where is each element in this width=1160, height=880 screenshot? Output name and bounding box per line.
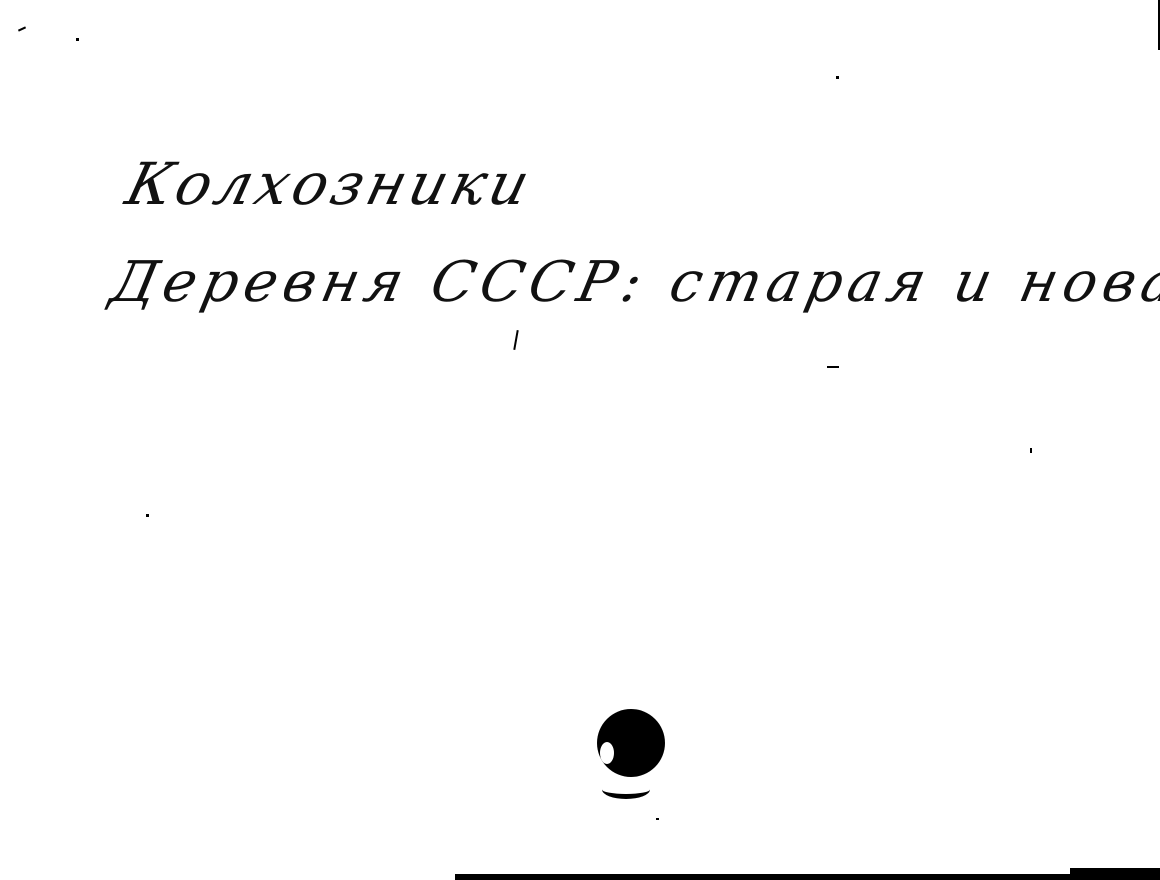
punch-hole-shadow bbox=[602, 780, 650, 799]
scan-speck bbox=[18, 26, 26, 31]
scan-speck bbox=[656, 818, 659, 820]
scan-speck bbox=[827, 366, 839, 368]
scan-speck bbox=[836, 76, 839, 79]
scan-edge-bottom bbox=[455, 874, 1160, 880]
scan-edge-corner bbox=[1070, 868, 1160, 880]
handwritten-heading: Колхозники bbox=[120, 150, 541, 218]
scan-speck bbox=[513, 330, 518, 350]
punch-hole-highlight bbox=[600, 742, 614, 764]
handwritten-title: Деревня СССР: старая и новая bbox=[105, 250, 1160, 315]
scan-speck bbox=[1030, 448, 1032, 453]
catalog-card: Колхозники Деревня СССР: старая и новая bbox=[0, 0, 1160, 880]
scan-speck bbox=[76, 38, 79, 41]
scan-speck bbox=[146, 514, 149, 517]
